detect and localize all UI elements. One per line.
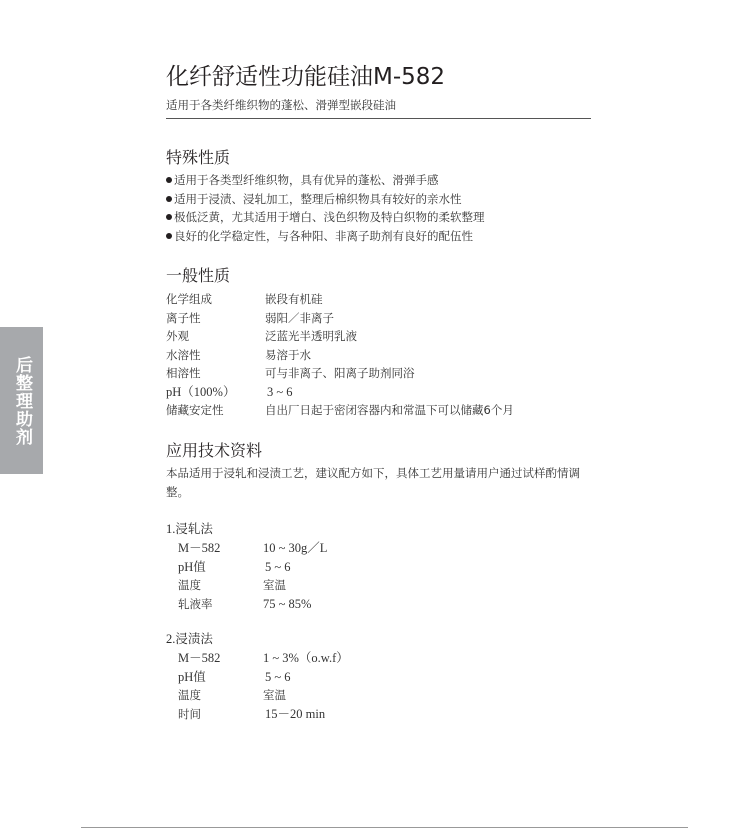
application-intro: 本品适用于浸轧和浸渍工艺，建议配方如下，具体工艺用量请用户通过试样酌情调整。 [166,464,596,502]
property-value: 嵌段有机硅 [265,290,323,309]
method-label: 温度 [178,686,263,705]
method-row: 轧液率 75 ~ 85% [178,595,327,614]
property-label: 离子性 [166,309,265,328]
property-label: pH（100%） [166,383,265,402]
property-row: 水溶性 易溶于水 [166,346,514,365]
method-row: 时间 15－20 min [178,705,349,724]
category-label: 后整理助剂 [13,356,30,446]
special-properties-list: 适用于各类型纤维织物，具有优异的蓬松、滑弹手感 适用于浸渍、浸轧加工，整理后棉织… [164,171,485,245]
method-value: 5 ~ 6 [263,558,291,577]
property-label: 储藏安定性 [166,401,265,420]
method-title: 2.浸渍法 [166,630,213,649]
method-label: pH值 [178,668,263,687]
method-label: pH值 [178,558,263,577]
list-item: 良好的化学稳定性，与各种阳、非离子助剂有良好的配伍性 [164,227,485,246]
method-label: M－582 [178,649,263,668]
method-value: 15－20 min [263,705,325,724]
general-properties-table: 化学组成 嵌段有机硅 离子性 弱阳／非离子 外观 泛蓝光半透明乳液 水溶性 易溶… [166,290,514,420]
product-subtitle: 适用于各类纤维织物的蓬松、滑弹型嵌段硅油 [166,97,396,113]
property-row: 相溶性 可与非离子、阳离子助剂同浴 [166,364,514,383]
method-row: pH值 5 ~ 6 [178,668,349,687]
list-item-text: 良好的化学稳定性，与各种阳、非离子助剂有良好的配伍性 [174,227,473,246]
method-value: 1 ~ 3%（o.w.f） [263,649,349,668]
property-row: 储藏安定性 自出厂日起于密闭容器内和常温下可以储藏6个月 [166,401,514,420]
property-value: 易溶于水 [265,346,311,365]
method-label: 时间 [178,705,263,724]
special-properties-heading: 特殊性质 [166,147,230,169]
property-row: 化学组成 嵌段有机硅 [166,290,514,309]
list-item: 适用于浸渍、浸轧加工，整理后棉织物具有较好的亲水性 [164,190,485,209]
method-label: 轧液率 [178,595,263,614]
method-value: 室温 [263,576,286,595]
list-item-text: 适用于各类型纤维织物，具有优异的蓬松、滑弹手感 [174,171,439,190]
bullet-icon [166,233,172,239]
header-divider [166,118,591,119]
method-value: 10 ~ 30g／L [263,539,327,558]
property-row: pH（100%） 3 ~ 6 [166,383,514,402]
property-label: 相溶性 [166,364,265,383]
property-row: 离子性 弱阳／非离子 [166,309,514,328]
product-title: 化纤舒适性功能硅油M-582 [166,61,445,93]
method-table: M－582 1 ~ 3%（o.w.f） pH值 5 ~ 6 温度 室温 时间 1… [178,649,349,723]
method-row: pH值 5 ~ 6 [178,558,327,577]
property-value: 泛蓝光半透明乳液 [265,327,357,346]
method-row: 温度 室温 [178,686,349,705]
method-label: M－582 [178,539,263,558]
method-row: M－582 1 ~ 3%（o.w.f） [178,649,349,668]
list-item: 适用于各类型纤维织物，具有优异的蓬松、滑弹手感 [164,171,485,190]
application-heading: 应用技术资料 [166,440,262,462]
property-value: 弱阳／非离子 [265,309,334,328]
method-title: 1.浸轧法 [166,520,213,539]
list-item-text: 适用于浸渍、浸轧加工，整理后棉织物具有较好的亲水性 [174,190,462,209]
footer-divider [81,827,688,828]
bullet-icon [166,196,172,202]
list-item-text: 极低泛黄，尤其适用于增白、浅色织物及特白织物的柔软整理 [174,208,485,227]
list-item: 极低泛黄，尤其适用于增白、浅色织物及特白织物的柔软整理 [164,208,485,227]
method-value: 5 ~ 6 [263,668,291,687]
method-table: M－582 10 ~ 30g／L pH值 5 ~ 6 温度 室温 轧液率 75 … [178,539,327,613]
method-value: 室温 [263,686,286,705]
property-row: 外观 泛蓝光半透明乳液 [166,327,514,346]
property-value: 自出厂日起于密闭容器内和常温下可以储藏6个月 [265,401,514,420]
method-label: 温度 [178,576,263,595]
property-value: 可与非离子、阳离子助剂同浴 [265,364,415,383]
method-row: M－582 10 ~ 30g／L [178,539,327,558]
method-value: 75 ~ 85% [263,595,311,614]
category-side-tab: 后整理助剂 [0,327,43,474]
property-label: 外观 [166,327,265,346]
bullet-icon [166,177,172,183]
method-row: 温度 室温 [178,576,327,595]
property-label: 化学组成 [166,290,265,309]
bullet-icon [166,214,172,220]
property-value: 3 ~ 6 [265,383,293,402]
property-label: 水溶性 [166,346,265,365]
general-properties-heading: 一般性质 [166,265,230,287]
